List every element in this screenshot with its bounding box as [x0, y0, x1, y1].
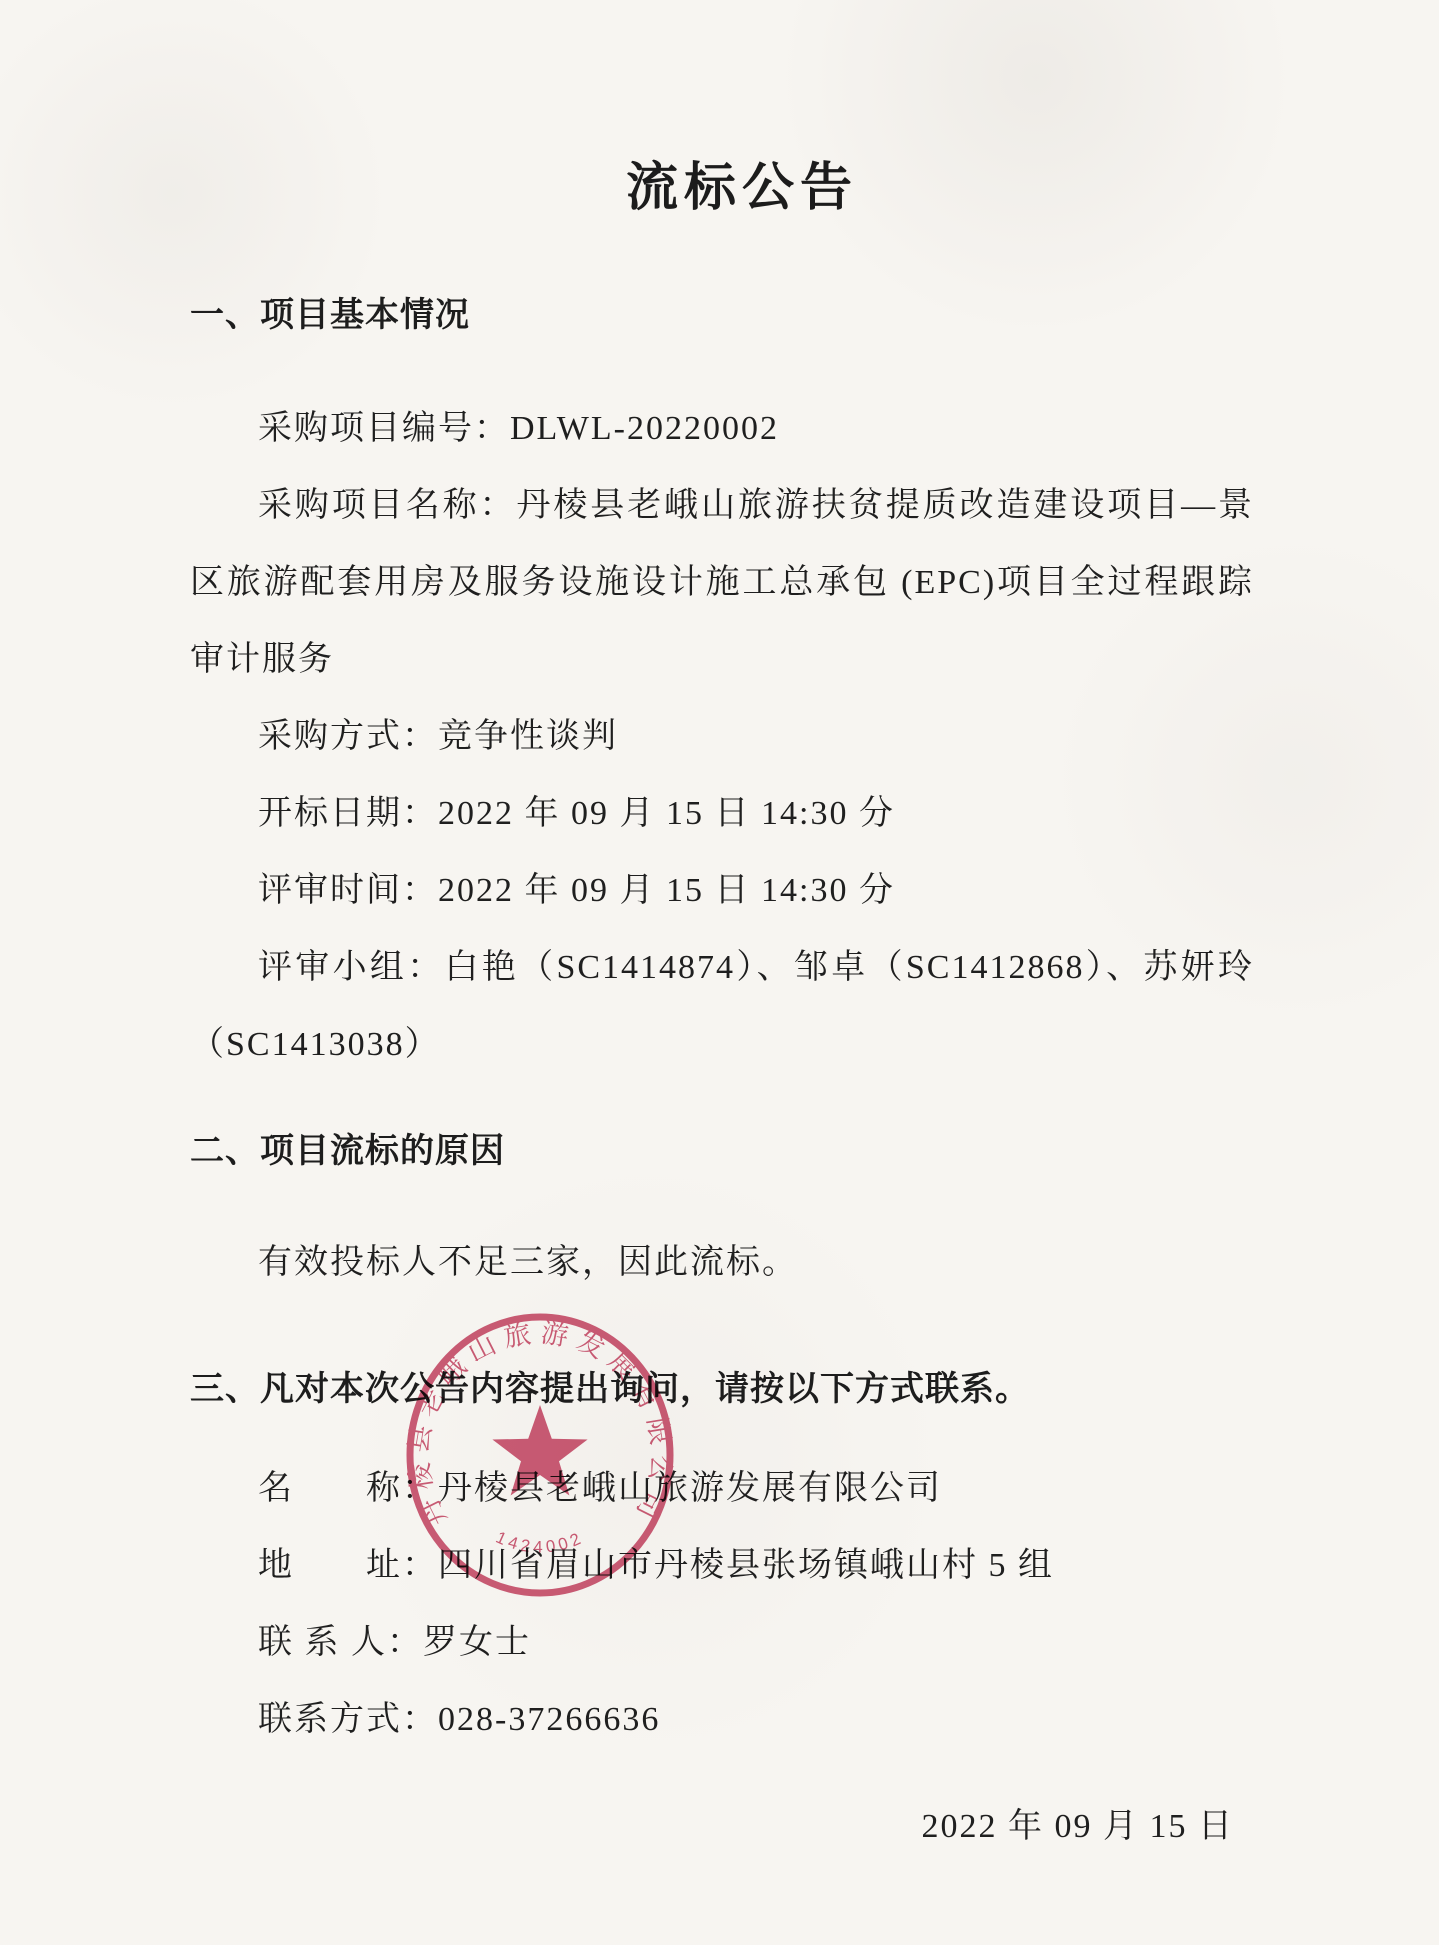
contact-person-line: 联 系 人：罗女士	[190, 1604, 1254, 1681]
review-panel-line: 评审小组：白艳（SC1414874）、邹卓（SC1412868）、苏妍玲（SC1…	[190, 929, 1254, 1083]
contact-address-line: 地 址：四川省眉山市丹棱县张场镇峨山村 5 组	[190, 1527, 1254, 1604]
section3-heading: 三、凡对本次公告内容提出询问，请按以下方式联系。	[190, 1351, 1254, 1428]
contact-company-line: 名 称：丹棱县老峨山旅游发展有限公司	[190, 1450, 1254, 1527]
review-time-line: 评审时间：2022 年 09 月 15 日 14:30 分	[190, 852, 1254, 929]
document-page: 流标公告 一、项目基本情况 采购项目编号：DLWL-20220002 采购项目名…	[0, 0, 1439, 1945]
project-name-line: 采购项目名称：丹棱县老峨山旅游扶贫提质改造建设项目—景区旅游配套用房及服务设施设…	[190, 467, 1254, 698]
section2-heading: 二、项目流标的原因	[190, 1113, 1254, 1190]
section1-heading: 一、项目基本情况	[190, 277, 1254, 354]
page-title: 流标公告	[190, 150, 1254, 227]
bid-open-date-line: 开标日期：2022 年 09 月 15 日 14:30 分	[190, 775, 1254, 852]
contact-phone-line: 联系方式：028-37266636	[190, 1681, 1254, 1758]
document-content: 流标公告 一、项目基本情况 采购项目编号：DLWL-20220002 采购项目名…	[0, 0, 1439, 1865]
signature-date: 2022 年 09 月 15 日	[190, 1788, 1234, 1865]
procurement-method-line: 采购方式：竞争性谈判	[190, 698, 1254, 775]
failure-reason-line: 有效投标人不足三家，因此流标。	[190, 1224, 1254, 1301]
project-number-line: 采购项目编号：DLWL-20220002	[190, 390, 1254, 467]
